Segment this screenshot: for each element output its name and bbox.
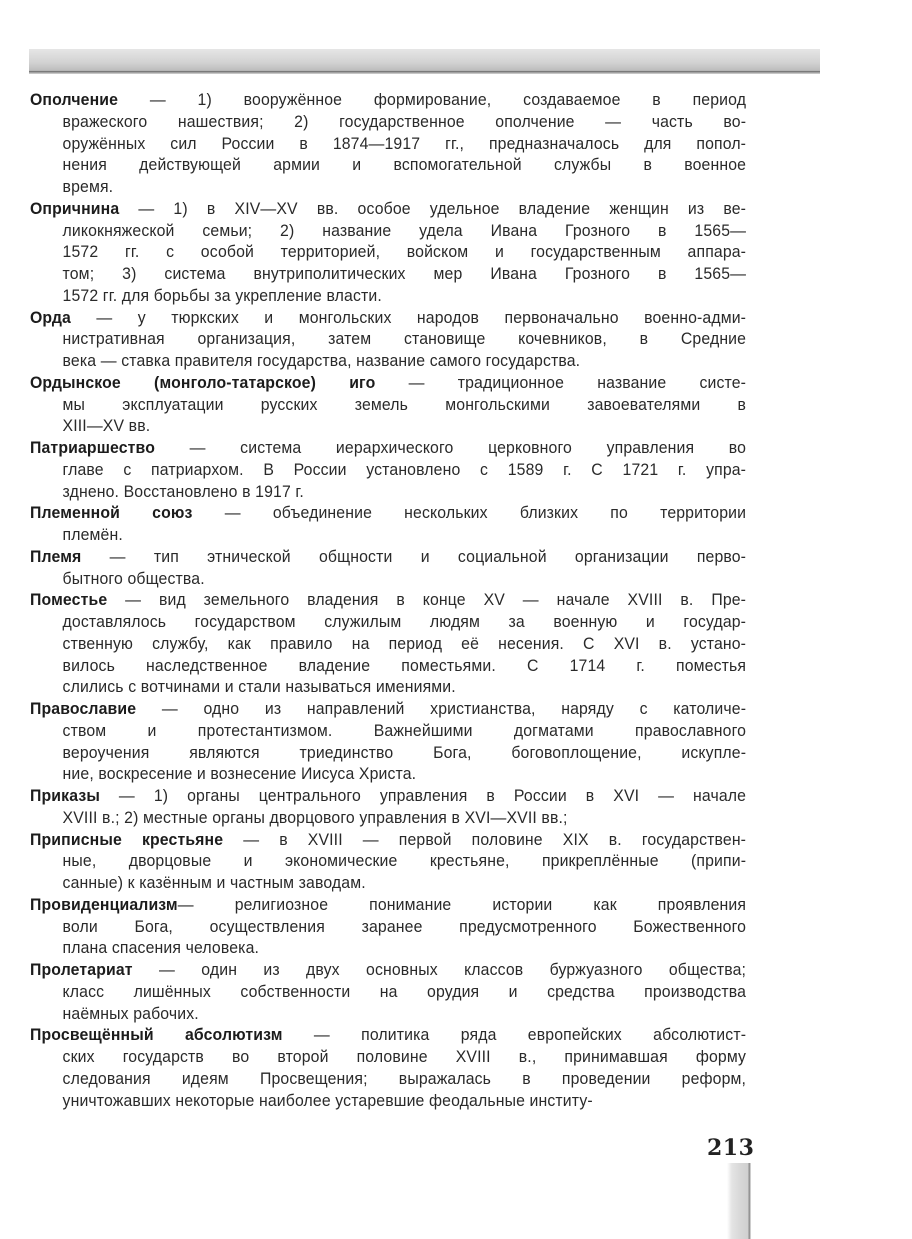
glossary-definition-text: ние, воскресение и вознесение Иисуса Хри…: [63, 764, 417, 783]
entry-continuation-line: класс лишённых собственности на орудия и…: [30, 981, 746, 1003]
glossary-term: Приказы: [30, 786, 100, 805]
glossary-definition-text: время.: [63, 177, 114, 196]
glossary-term: Ордынское (монголо-татарское) иго: [30, 373, 375, 392]
entry-continuation-line: вилось наследственное владение поместьям…: [30, 655, 746, 677]
glossary-definition-text: слились с вотчинами и стали называться и…: [63, 677, 456, 696]
glossary-definition-text: — в XVIII — первой половине XIX в. госуд…: [223, 830, 746, 849]
entry-continuation-line: доставлялось государством служилым людям…: [30, 611, 746, 633]
glossary-definition-text: — 1) органы центрального управления в Ро…: [100, 786, 746, 805]
glossary-term: Поместье: [30, 590, 107, 609]
entry-continuation-line: воли Бога, осуществления заранее предусм…: [30, 916, 746, 938]
running-header-bar: [29, 49, 820, 74]
glossary-definition-text: — система иерархического церковного упра…: [155, 438, 746, 457]
entry-first-line: Патриаршество — система иерархического ц…: [30, 437, 746, 459]
entry-continuation-line: том; 3) система внутриполитических мер И…: [30, 263, 746, 285]
entry-continuation-line: нистративная организация, затем становищ…: [30, 328, 746, 350]
entry-first-line: Опричнина — 1) в XIV—XV вв. особое удель…: [30, 198, 746, 220]
entry-continuation-line: плана спасения человека.: [30, 937, 746, 959]
glossary-term: Племенной союз: [30, 503, 193, 522]
glossary-definition-text: — объединение нескольких близких по терр…: [193, 503, 747, 522]
glossary-definition-text: — 1) вооружённое формирование, создаваем…: [118, 90, 746, 109]
entry-first-line: Приписные крестьяне — в XVIII — первой п…: [30, 829, 746, 851]
entry-continuation-line: главе с патриархом. В России установлено…: [30, 459, 746, 481]
glossary-term: Провиденциализм: [30, 895, 178, 914]
glossary-definition-text: плана спасения человека.: [63, 938, 259, 957]
glossary-term: Ополчение: [30, 90, 118, 109]
entry-continuation-line: племён.: [30, 524, 746, 546]
glossary-definition-text: — один из двух основных классов буржуазн…: [133, 960, 746, 979]
glossary-definition-text: доставлялось государством служилым людям…: [63, 612, 747, 631]
glossary-entry: Орда — у тюркских и монгольских народов …: [30, 307, 750, 372]
glossary-definition-text: века — ставка правителя государства, наз…: [63, 351, 581, 370]
glossary-entry: Ордынское (монголо-татарское) иго — трад…: [30, 372, 750, 437]
entry-continuation-line: следования идеям Просвещения; выражалась…: [30, 1068, 746, 1090]
entry-continuation-line: 1572 гг. для борьбы за укрепление власти…: [30, 285, 746, 307]
glossary-definition-text: XVIII в.; 2) местные органы дворцового у…: [63, 808, 568, 827]
entry-first-line: Пролетариат — один из двух основных клас…: [30, 959, 746, 981]
entry-continuation-line: ственную службу, как правило на период е…: [30, 633, 746, 655]
glossary-entry: Патриаршество — система иерархического ц…: [30, 437, 750, 502]
glossary-definition-text: — одно из направлений христианства, наря…: [136, 699, 746, 718]
entry-continuation-line: века — ставка правителя государства, наз…: [30, 350, 746, 372]
entry-continuation-line: вражеского нашествия; 2) государственное…: [30, 111, 746, 133]
entry-first-line: Провиденциализм— религиозное понимание и…: [30, 894, 746, 916]
page-number: 213: [707, 1135, 754, 1161]
glossary-content: Ополчение — 1) вооружённое формирование,…: [30, 89, 750, 1111]
glossary-entry: Племя — тип этнической общности и социал…: [30, 546, 750, 590]
glossary-entry: Племенной союз — объединение нескольких …: [30, 502, 750, 546]
glossary-definition-text: воли Бога, осуществления заранее предусм…: [63, 917, 747, 936]
entry-continuation-line: время.: [30, 176, 746, 198]
glossary-definition-text: ликокняжеской семьи; 2) название удела И…: [63, 221, 747, 240]
entry-continuation-line: ние, воскресение и вознесение Иисуса Хри…: [30, 763, 746, 785]
glossary-term: Пролетариат: [30, 960, 133, 979]
entry-continuation-line: ные, дворцовые и экономические крестьяне…: [30, 850, 746, 872]
entry-continuation-line: зднено. Восстановлено в 1917 г.: [30, 481, 746, 503]
glossary-entry: Приказы — 1) органы центрального управле…: [30, 785, 750, 829]
glossary-term: Просвещённый абсолютизм: [30, 1025, 283, 1044]
glossary-definition-text: — религиозное понимание истории как проя…: [178, 895, 746, 914]
glossary-entry: Ополчение — 1) вооружённое формирование,…: [30, 89, 750, 198]
entry-continuation-line: санные) к казённым и частным заводам.: [30, 872, 746, 894]
glossary-entry: Пролетариат — один из двух основных клас…: [30, 959, 750, 1024]
glossary-definition-text: — у тюркских и монгольских народов перво…: [71, 308, 746, 327]
glossary-definition-text: ством и протестантизмом. Важнейшими догм…: [63, 721, 747, 740]
glossary-term: Опричнина: [30, 199, 119, 218]
glossary-term: Орда: [30, 308, 71, 327]
entry-continuation-line: XIII—XV вв.: [30, 415, 746, 437]
glossary-definition-text: — тип этнической общности и социальной о…: [81, 547, 746, 566]
glossary-definition-text: нения действующей армии и вспомогательно…: [63, 155, 747, 174]
glossary-definition-text: — политика ряда европейских абсолютист-: [283, 1025, 747, 1044]
entry-continuation-line: слились с вотчинами и стали называться и…: [30, 676, 746, 698]
entry-first-line: Ополчение — 1) вооружённое формирование,…: [30, 89, 746, 111]
glossary-definition-text: — традиционное название систе-: [375, 373, 746, 392]
glossary-definition-text: — вид земельного владения в конце XV — н…: [107, 590, 746, 609]
glossary-definition-text: следования идеям Просвещения; выражалась…: [63, 1069, 747, 1088]
glossary-entry: Провиденциализм— религиозное понимание и…: [30, 894, 750, 959]
entry-continuation-line: мы эксплуатации русских земель монгольск…: [30, 394, 746, 416]
glossary-definition-text: 1572 гг. для борьбы за укрепление власти…: [63, 286, 382, 305]
glossary-definition-text: бытного общества.: [63, 569, 205, 588]
glossary-definition-text: том; 3) система внутриполитических мер И…: [63, 264, 747, 283]
entry-continuation-line: бытного общества.: [30, 568, 746, 590]
entry-first-line: Просвещённый абсолютизм — политика ряда …: [30, 1024, 746, 1046]
glossary-definition-text: XIII—XV вв.: [63, 416, 151, 435]
entry-first-line: Православие — одно из направлений христи…: [30, 698, 746, 720]
entry-first-line: Ордынское (монголо-татарское) иго — трад…: [30, 372, 746, 394]
glossary-definition-text: оружённых сил России в 1874—1917 гг., пр…: [63, 134, 747, 153]
entry-continuation-line: ликокняжеской семьи; 2) название удела И…: [30, 220, 746, 242]
glossary-definition-text: санные) к казённым и частным заводам.: [63, 873, 366, 892]
glossary-definition-text: вилось наследственное владение поместьям…: [63, 656, 747, 675]
glossary-definition-text: нистративная организация, затем становищ…: [63, 329, 747, 348]
glossary-definition-text: племён.: [63, 525, 123, 544]
entry-continuation-line: 1572 гг. с особой территорией, войском и…: [30, 241, 746, 263]
glossary-definition-text: ских государств во второй половине XVIII…: [63, 1047, 747, 1066]
glossary-definition-text: ные, дворцовые и экономические крестьяне…: [63, 851, 747, 870]
glossary-definition-text: главе с патриархом. В России установлено…: [63, 460, 747, 479]
glossary-definition-text: 1572 гг. с особой территорией, войском и…: [63, 242, 747, 261]
glossary-term: Племя: [30, 547, 81, 566]
glossary-definition-text: зднено. Восстановлено в 1917 г.: [63, 482, 304, 501]
entry-continuation-line: ских государств во второй половине XVIII…: [30, 1046, 746, 1068]
entry-continuation-line: оружённых сил России в 1874—1917 гг., пр…: [30, 133, 746, 155]
glossary-entry: Поместье — вид земельного владения в кон…: [30, 589, 750, 698]
glossary-entry: Просвещённый абсолютизм — политика ряда …: [30, 1024, 750, 1111]
entry-first-line: Поместье — вид земельного владения в кон…: [30, 589, 746, 611]
page-edge-tab: [727, 1163, 751, 1239]
glossary-term: Приписные крестьяне: [30, 830, 223, 849]
glossary-definition-text: вероучения являются триединство Бога, бо…: [63, 743, 747, 762]
glossary-entry: Опричнина — 1) в XIV—XV вв. особое удель…: [30, 198, 750, 307]
glossary-definition-text: ственную службу, как правило на период е…: [63, 634, 747, 653]
glossary-definition-text: мы эксплуатации русских земель монгольск…: [63, 395, 747, 414]
entry-continuation-line: нения действующей армии и вспомогательно…: [30, 154, 746, 176]
entry-continuation-line: XVIII в.; 2) местные органы дворцового у…: [30, 807, 746, 829]
glossary-entry: Приписные крестьяне — в XVIII — первой п…: [30, 829, 750, 894]
entry-continuation-line: уничтожавших некоторые наиболее устаревш…: [30, 1090, 746, 1112]
glossary-definition-text: вражеского нашествия; 2) государственное…: [63, 112, 747, 131]
glossary-definition-text: наёмных рабочих.: [63, 1004, 199, 1023]
entry-continuation-line: ством и протестантизмом. Важнейшими догм…: [30, 720, 746, 742]
glossary-definition-text: класс лишённых собственности на орудия и…: [63, 982, 747, 1001]
glossary-definition-text: — 1) в XIV—XV вв. особое удельное владен…: [119, 199, 746, 218]
entry-first-line: Приказы — 1) органы центрального управле…: [30, 785, 746, 807]
entry-first-line: Племенной союз — объединение нескольких …: [30, 502, 746, 524]
entry-first-line: Орда — у тюркских и монгольских народов …: [30, 307, 746, 329]
entry-first-line: Племя — тип этнической общности и социал…: [30, 546, 746, 568]
glossary-entry: Православие — одно из направлений христи…: [30, 698, 750, 785]
glossary-definition-text: уничтожавших некоторые наиболее устаревш…: [63, 1091, 593, 1110]
entry-continuation-line: наёмных рабочих.: [30, 1003, 746, 1025]
glossary-term: Патриаршество: [30, 438, 155, 457]
entry-continuation-line: вероучения являются триединство Бога, бо…: [30, 742, 746, 764]
glossary-term: Православие: [30, 699, 136, 718]
